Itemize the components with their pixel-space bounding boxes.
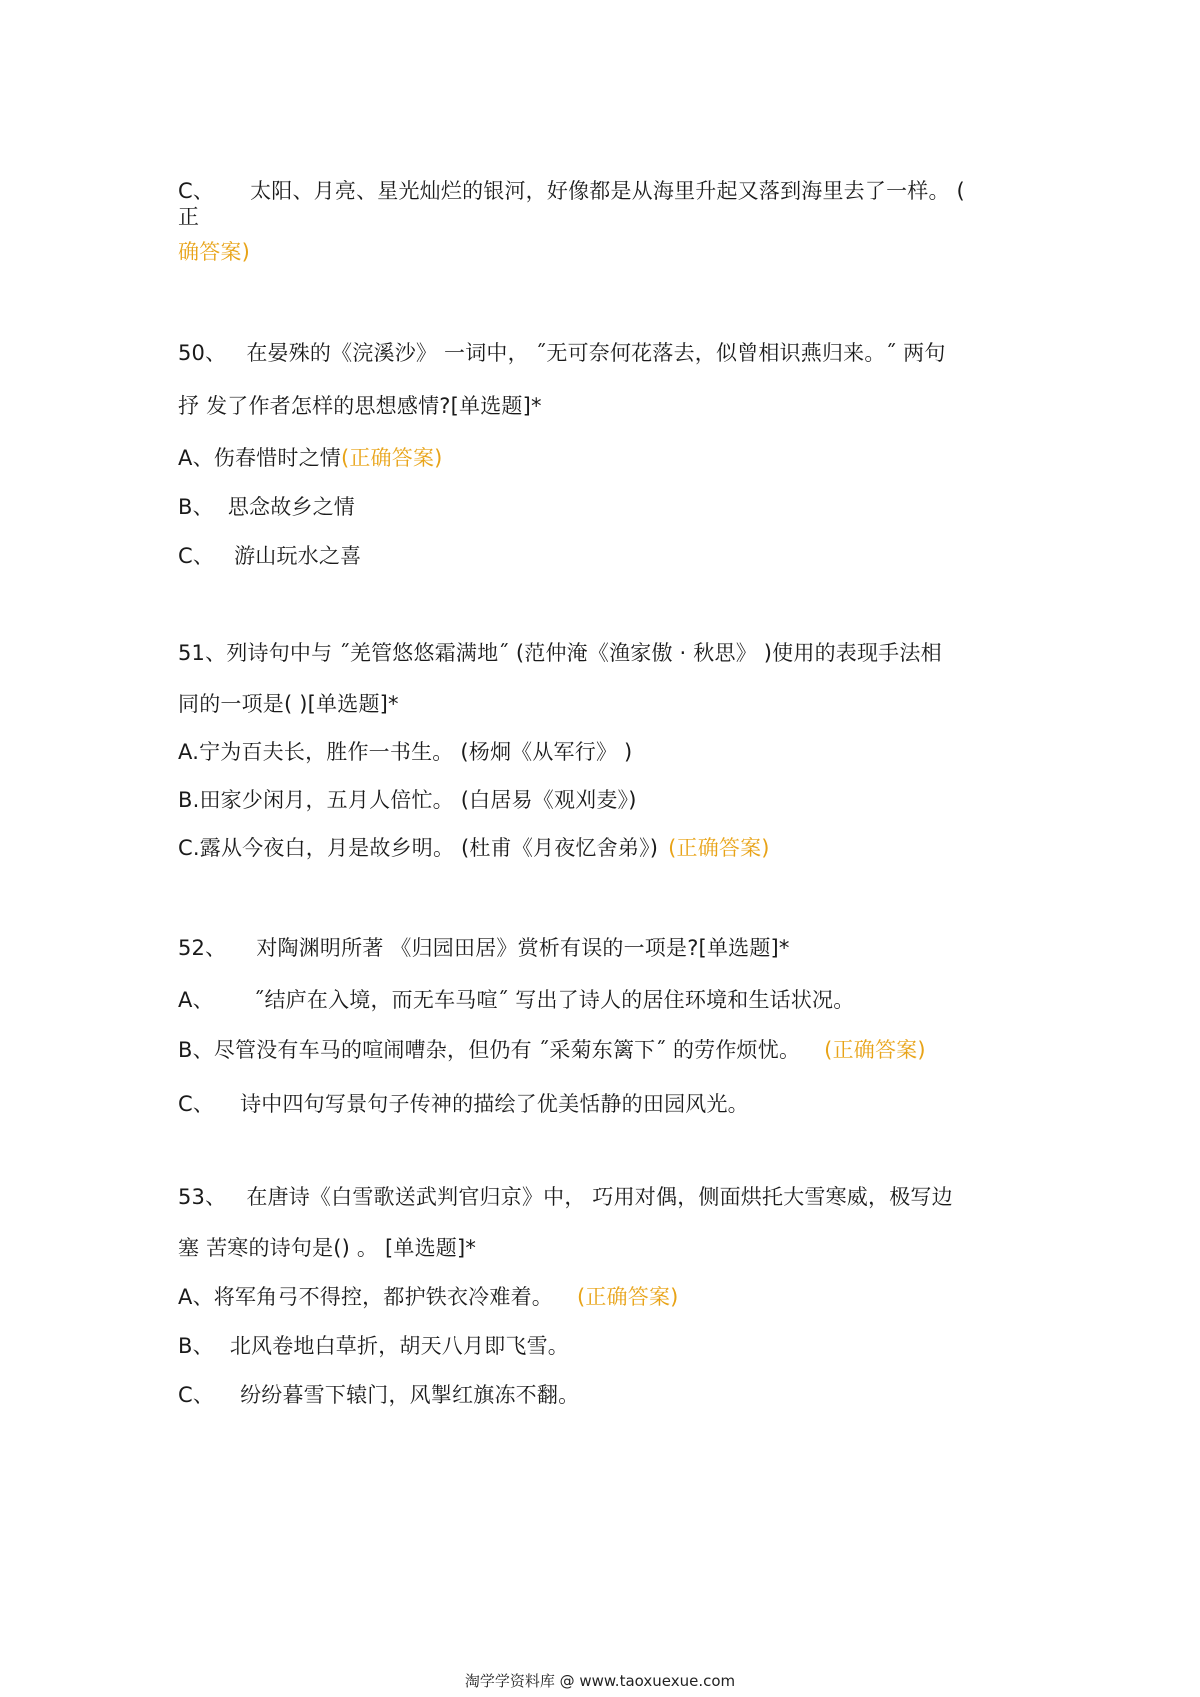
question-53-option-c: C、纷纷暮雪下辕门，风掣红旗冻不翻。 [178, 1381, 579, 1409]
option-label: C、 [178, 544, 214, 568]
question-53-stem: 53、在唐诗《白雪歌送武判官归京》中， 巧用对偶，侧面烘托大雪寒威，极写边 [178, 1183, 953, 1211]
option-text: 北风卷地白草折，胡天八月即飞雪。 [230, 1334, 569, 1358]
question-51-option-c: C.露从今夜白，月是故乡明。 (杜甫《月夜忆舍弟》)(正确答案) [178, 834, 770, 862]
option-label: B. [178, 788, 199, 812]
document-page: C、太阳、月亮、星光灿烂的银河，好像都是从海里升起又落到海里去了一样。 ( 正 … [0, 0, 1200, 1697]
question-51-option-a: A.宁为百夫长，胜作一书生。 (杨炯《从军行》 ) [178, 738, 632, 766]
correct-answer-marker: (正确答案) [341, 446, 443, 470]
option-label: C、 [178, 1383, 214, 1407]
question-50-option-b: B、思念故乡之情 [178, 493, 355, 521]
option-label: C、 [178, 179, 214, 203]
question-50-stem-line2: 抒 发了作者怎样的思想感情?[单选题]* [178, 392, 542, 420]
option-text: 诗中四句写景句子传神的描绘了优美恬静的田园风光。 [240, 1092, 749, 1116]
question-text: 列诗句中与 ˝羌管悠悠霜满地˝ (范仲淹《渔家傲 · 秋思》 )使用的表现手法相 [226, 641, 941, 665]
option-text: 田家少闲月，五月人倍忙。 (白居易《观刈麦》) [199, 788, 636, 812]
correct-answer-marker: 确答案) [178, 238, 250, 266]
correct-answer-marker: (正确答案) [824, 1038, 926, 1062]
prev-option-c-wrap: 正 [178, 203, 199, 231]
question-text: 在唐诗《白雪歌送武判官归京》中， 巧用对偶，侧面烘托大雪寒威，极写边 [246, 1185, 952, 1209]
question-number: 53、 [178, 1185, 226, 1209]
option-label: A、 [178, 446, 214, 470]
question-number: 51、 [178, 641, 226, 665]
option-label: A、 [178, 1285, 214, 1309]
question-50-option-a: A、伤春惜时之情(正确答案) [178, 444, 443, 472]
prev-option-c: C、太阳、月亮、星光灿烂的银河，好像都是从海里升起又落到海里去了一样。 ( [178, 177, 965, 205]
question-53-option-b: B、北风卷地白草折，胡天八月即飞雪。 [178, 1332, 569, 1360]
correct-answer-marker: (正确答案) [577, 1285, 679, 1309]
option-label: B、 [178, 1334, 214, 1358]
question-text: 在晏殊的《浣溪沙》 一词中， ˝无可奈何花落去，似曾相识燕归来。˝ 两句 [246, 341, 945, 365]
question-number: 50、 [178, 341, 226, 365]
wrap-text: 正 [178, 205, 199, 229]
question-53-stem-line2: 塞 苦寒的诗句是() 。 [单选题]* [178, 1234, 476, 1262]
question-51-stem-line2: 同的一项是( )[单选题]* [178, 690, 399, 718]
option-label: C、 [178, 1092, 214, 1116]
question-52-stem: 52、对陶渊明所著 《归园田居》赏析有误的一项是?[单选题]* [178, 934, 790, 962]
option-text: 尽管没有车马的喧闹嘈杂，但仍有 ˝采菊东篱下˝ 的劳作烦忧。 [214, 1038, 800, 1062]
question-53-option-a: A、将军角弓不得控，都护铁衣冷难着。(正确答案) [178, 1283, 679, 1311]
question-50-stem: 50、在晏殊的《浣溪沙》 一词中， ˝无可奈何花落去，似曾相识燕归来。˝ 两句 [178, 339, 946, 367]
question-52-option-a: A、˝结庐在入境，而无车马喧˝ 写出了诗人的居住环境和生话状况。 [178, 986, 854, 1014]
option-label: B、 [178, 495, 214, 519]
footer-watermark: 淘学学资料库 @ www.taoxuexue.com [0, 1670, 1200, 1691]
option-text: 思念故乡之情 [228, 495, 355, 519]
option-text: 露从今夜白，月是故乡明。 (杜甫《月夜忆舍弟》) [200, 836, 658, 860]
option-text: 纷纷暮雪下辕门，风掣红旗冻不翻。 [240, 1383, 579, 1407]
question-52-option-b: B、尽管没有车马的喧闹嘈杂，但仍有 ˝采菊东篱下˝ 的劳作烦忧。(正确答案) [178, 1036, 926, 1064]
question-50-option-c: C、游山玩水之喜 [178, 542, 361, 570]
option-text: 将军角弓不得控，都护铁衣冷难着。 [214, 1285, 553, 1309]
option-label: A、 [178, 988, 214, 1012]
question-51-stem: 51、列诗句中与 ˝羌管悠悠霜满地˝ (范仲淹《渔家傲 · 秋思》 )使用的表现… [178, 639, 942, 667]
correct-answer-marker: (正确答案) [668, 836, 770, 860]
option-text: 游山玩水之喜 [234, 544, 361, 568]
option-label: B、 [178, 1038, 214, 1062]
option-label: A. [178, 740, 199, 764]
question-text: 对陶渊明所著 《归园田居》赏析有误的一项是?[单选题]* [256, 936, 789, 960]
option-text: 宁为百夫长，胜作一书生。 (杨炯《从军行》 ) [199, 740, 632, 764]
question-52-option-c: C、诗中四句写景句子传神的描绘了优美恬静的田园风光。 [178, 1090, 749, 1118]
option-text: 太阳、月亮、星光灿烂的银河，好像都是从海里升起又落到海里去了一样。 ( [250, 179, 965, 203]
option-text: 伤春惜时之情 [214, 446, 341, 470]
question-51-option-b: B.田家少闲月，五月人倍忙。 (白居易《观刈麦》) [178, 786, 637, 814]
option-text: ˝结庐在入境，而无车马喧˝ 写出了诗人的居住环境和生话状况。 [254, 988, 855, 1012]
question-number: 52、 [178, 936, 226, 960]
option-label: C. [178, 836, 200, 860]
